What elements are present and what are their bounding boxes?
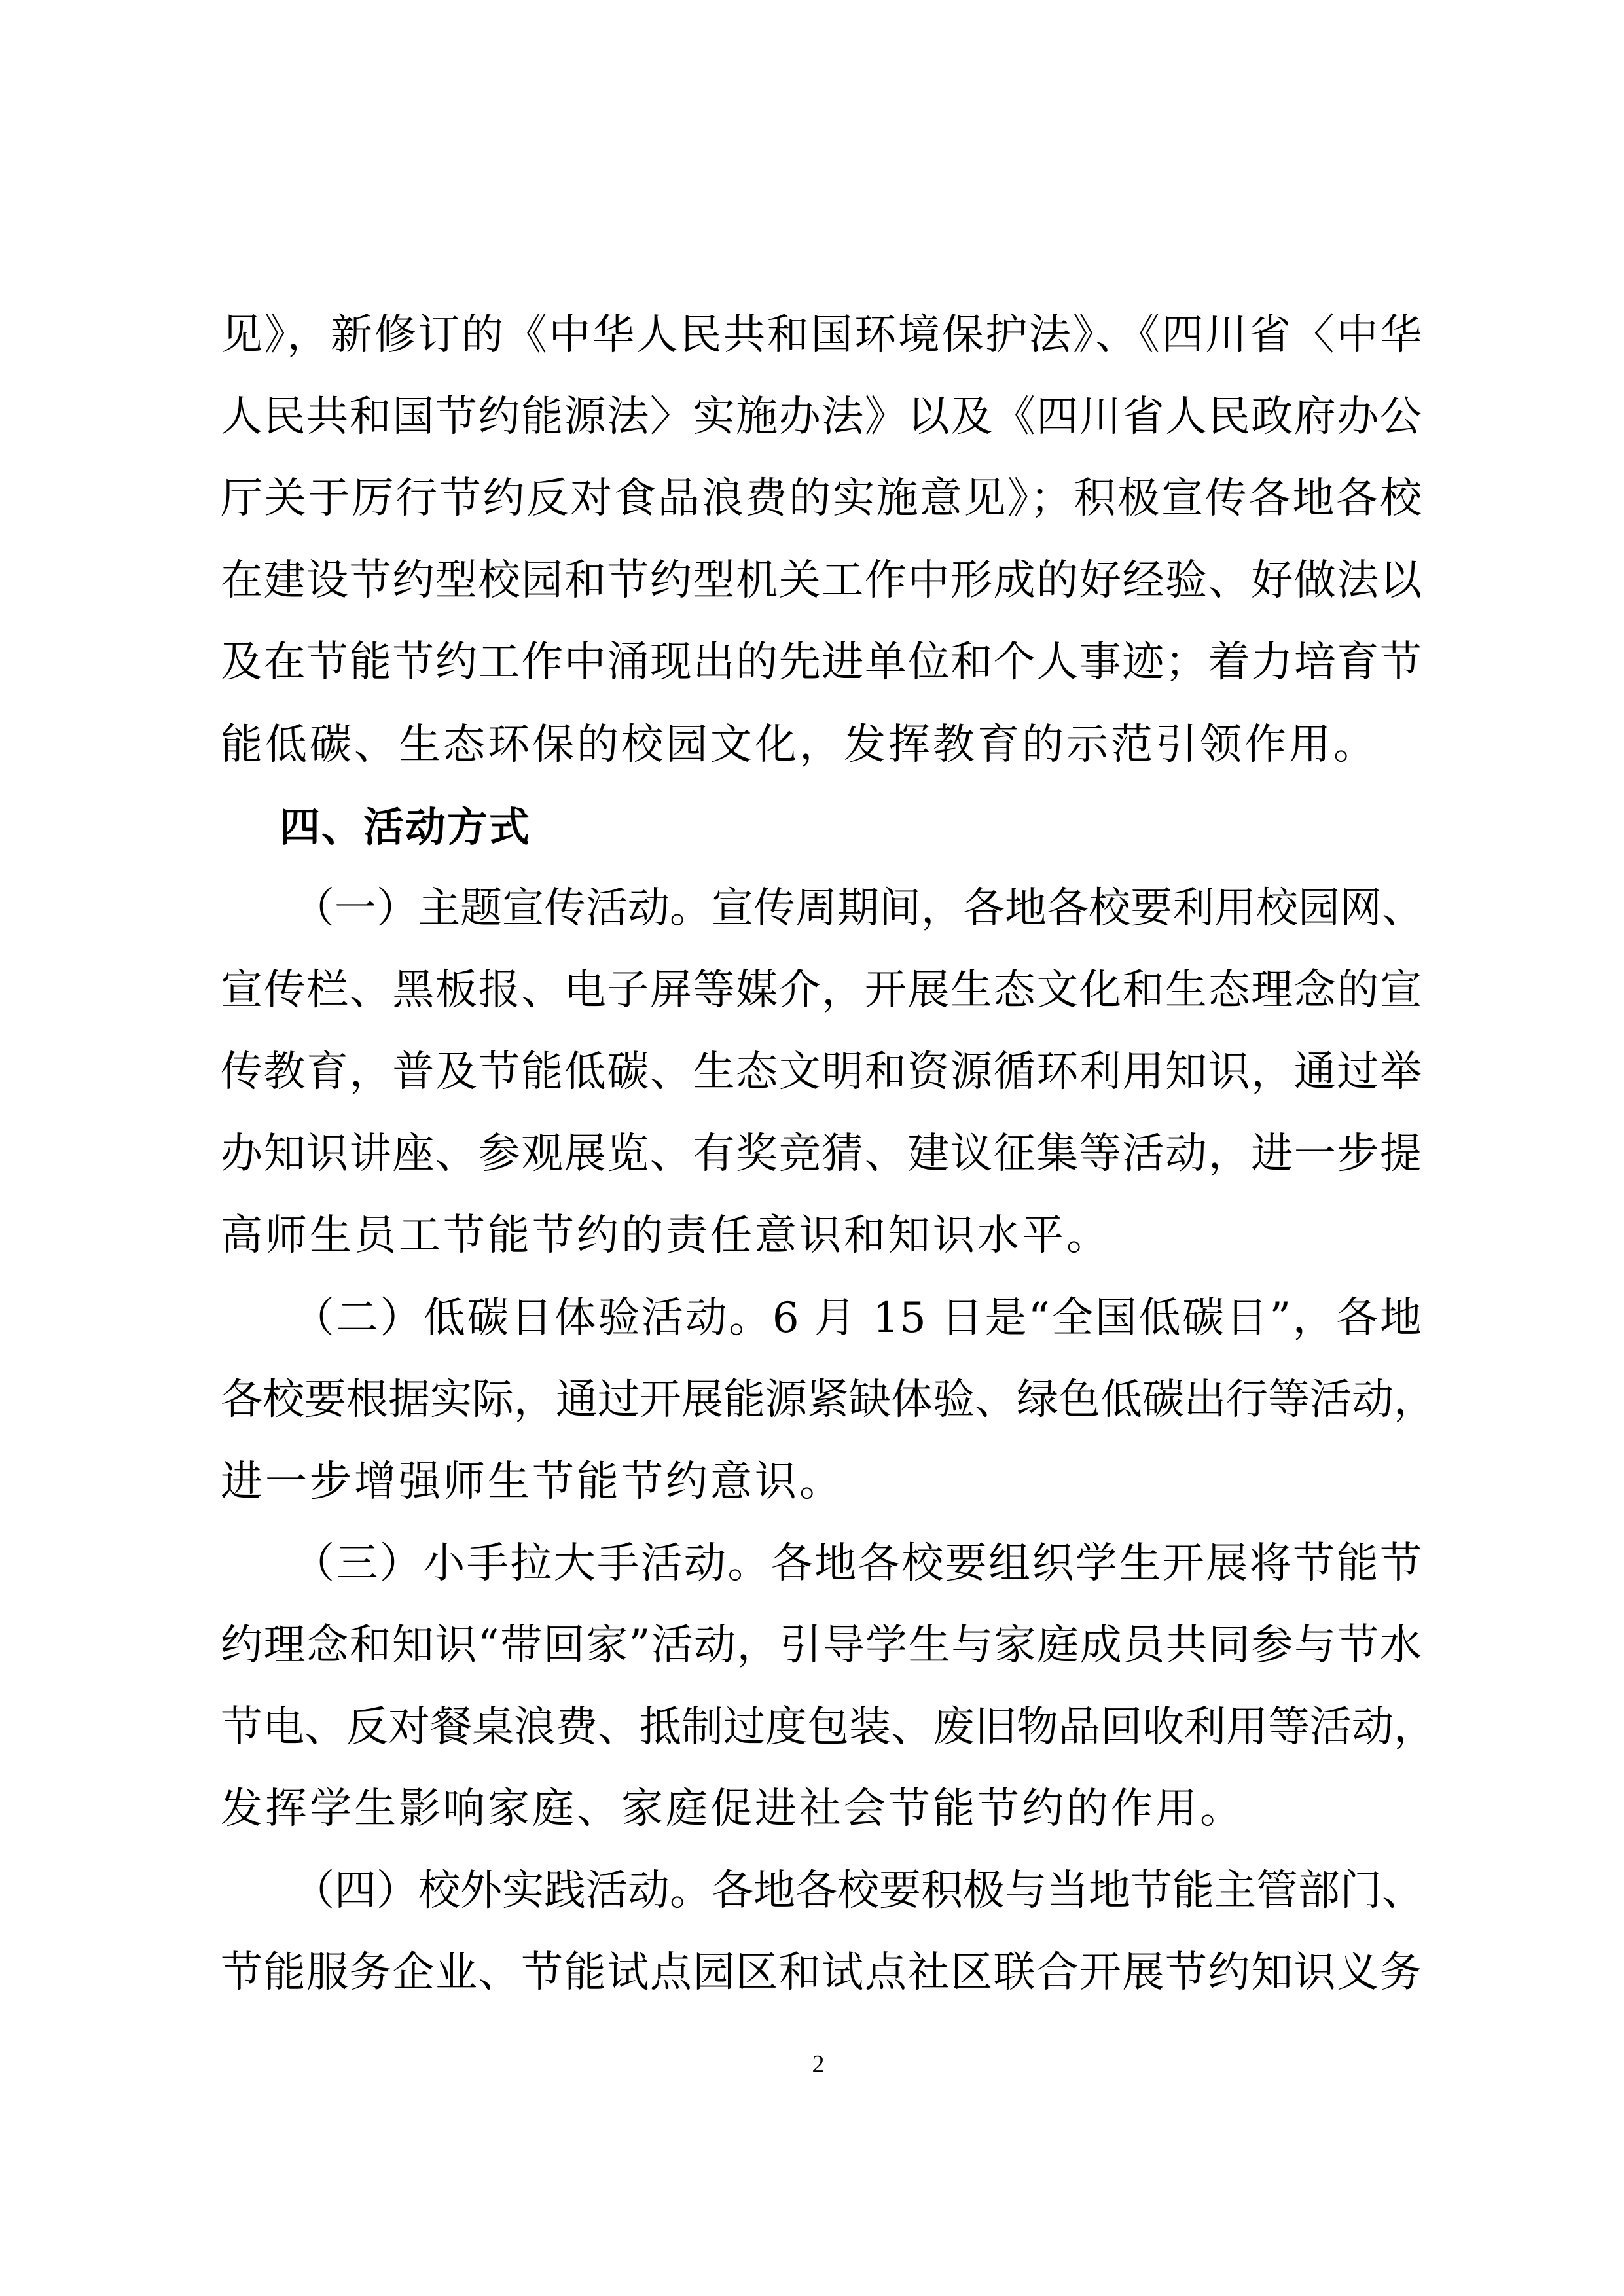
body-text-line: 见》，新修订的《中华人民共和国环境保护法》、《四川省〈中华: [221, 309, 1422, 361]
body-text-line: 节能服务企业、节能试点园区和试点社区联合开展节约知识义务: [221, 1946, 1422, 1999]
body-text-line: 办知识讲座、参观展览、有奖竞猜、建议征集等活动，进一步提: [221, 1128, 1422, 1180]
body-text-line: 宣传栏、黑板报、电子屏等媒介，开展生态文化和生态理念的宣: [221, 964, 1422, 1016]
page-number: 2: [805, 2050, 831, 2079]
body-text-line: 在建设节约型校园和节约型机关工作中形成的好经验、好做法以: [221, 554, 1422, 607]
body-text-line: 厅关于厉行节约反对食品浪费的实施意见》；积极宣传各地各校: [221, 473, 1422, 525]
body-text-line: 及在节能节约工作中涌现出的先进单位和个人事迹；着力培育节: [221, 636, 1422, 689]
body-text-line: 发挥学生影响家庭、家庭促进社会节能节约的作用。: [221, 1783, 1422, 1835]
list-item-line: （二）低碳日体验活动。6 月 15 日是“全国低碳日”，各地: [293, 1292, 1422, 1344]
list-item-line: （一）主题宣传活动。宣传周期间，各地各校要利用校园网、: [293, 882, 1422, 935]
body-text-line: 能低碳、生态环保的校园文化，发挥教育的示范引领作用。: [221, 719, 1422, 771]
document-page: 见》，新修订的《中华人民共和国环境保护法》、《四川省〈中华 人民共和国节约能源法…: [0, 0, 1624, 2296]
list-item-line: （三）小手拉大手活动。各地各校要组织学生开展将节能节: [293, 1537, 1422, 1590]
list-item-line: （四）校外实践活动。各地各校要积极与当地节能主管部门、: [293, 1865, 1422, 1917]
body-text-line: 约理念和知识“带回家”活动，引导学生与家庭成员共同参与节水: [221, 1619, 1422, 1672]
section-heading: 四、活动方式: [280, 801, 531, 853]
body-text-line: 传教育，普及节能低碳、生态文明和资源循环利用知识，通过举: [221, 1046, 1422, 1098]
body-text-line: 进一步增强师生节能节约意识。: [221, 1456, 1422, 1508]
body-text-line: 高师生员工节能节约的责任意识和知识水平。: [221, 1210, 1422, 1262]
body-text-line: 人民共和国节约能源法〉实施办法》以及《四川省人民政府办公: [221, 391, 1422, 443]
body-text-line: 节电、反对餐桌浪费、抵制过度包装、废旧物品回收利用等活动，: [221, 1701, 1422, 1753]
body-text-line: 各校要根据实际，通过开展能源紧缺体验、绿色低碳出行等活动，: [221, 1374, 1422, 1426]
